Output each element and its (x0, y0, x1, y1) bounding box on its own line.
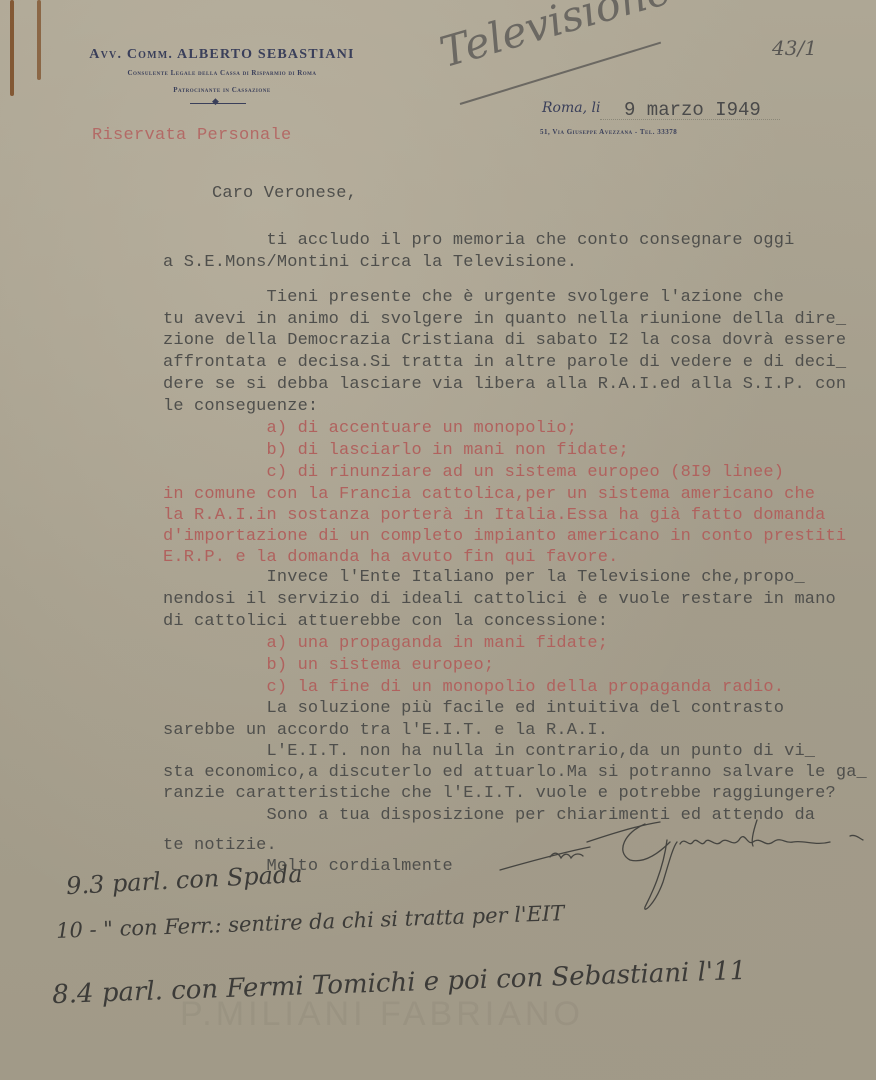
body-line: ranzie caratteristiche che l'E.I.T. vuol… (163, 784, 836, 804)
body-line-red: in comune con la Francia cattolica,per u… (163, 485, 815, 505)
body-line-red: E.R.P. e la domanda ha avuto fin qui fav… (163, 548, 618, 568)
body-line: tu avevi in animo di svolgere in quanto … (163, 310, 846, 330)
body-line: zione della Democrazia Cristiana di saba… (163, 331, 846, 351)
body-line-red: a) di accentuare un monopolio; (163, 419, 577, 439)
letter-date: 9 marzo I949 (624, 99, 761, 121)
handwritten-subject: Televisione (434, 0, 676, 77)
staple-mark-right (37, 0, 41, 80)
body-line-red: b) di lasciarlo in mani non fidate; (163, 441, 629, 461)
date-dotted-line (600, 119, 780, 120)
body-line: di cattolici attuerebbe con la concessio… (163, 612, 608, 632)
body-line-red: c) la fine di un monopolio della propaga… (163, 678, 784, 698)
letterhead-subtitle-2: Patrocinante in Cassazione (62, 86, 382, 94)
body-line: le conseguenze: (163, 397, 318, 417)
staple-mark-left (10, 0, 14, 96)
handwritten-note-1: 9.3 parl. con Spada (65, 860, 303, 900)
handwritten-note-2: 10 - " con Ferr.: sentire da chi si trat… (56, 901, 565, 943)
body-line: a S.E.Mons/Montini circa la Televisione. (163, 253, 577, 273)
letterhead-address: 51, Via Giuseppe Avezzana - Tel. 33378 (540, 128, 677, 136)
body-line: La soluzione più facile ed intuitiva del… (163, 699, 784, 719)
body-line-red: b) un sistema europeo; (163, 656, 494, 676)
body-line: sta economico,a discuterlo ed attuarlo.M… (163, 763, 867, 783)
body-line: affrontata e decisa.Si tratta in altre p… (163, 353, 846, 373)
letterhead-subtitle-1: Consulente Legale della Cassa di Risparm… (62, 69, 382, 77)
body-line-red: la R.A.I.in sostanza porterà in Italia.E… (163, 506, 826, 526)
letterhead-name: Avv. Comm. ALBERTO SEBASTIANI (62, 47, 382, 63)
place-label: Roma, li (542, 100, 600, 116)
letterhead-ornament (190, 103, 246, 104)
body-line: dere se si debba lasciare via libera all… (163, 375, 846, 395)
body-line: ti accludo il pro memoria che conto cons… (163, 231, 794, 251)
archive-number: 43/1 (772, 36, 817, 60)
body-line: te notizie. (163, 836, 277, 856)
body-line: nendosi il servizio di ideali cattolici … (163, 590, 836, 610)
confidential-stamp: Riservata Personale (92, 126, 292, 145)
body-line: L'E.I.T. non ha nulla in contrario,da un… (163, 742, 815, 762)
body-line: Invece l'Ente Italiano per la Television… (163, 568, 805, 588)
body-line: sarebbe un accordo tra l'E.I.T. e la R.A… (163, 721, 608, 741)
body-line-red: c) di rinunziare ad un sistema europeo (… (163, 463, 784, 483)
body-line-red: a) una propaganda in mani fidate; (163, 634, 608, 654)
body-line: Tieni presente che è urgente svolgere l'… (163, 288, 784, 308)
body-line-red: d'importazione di un completo impianto a… (163, 527, 846, 547)
paper-watermark: P.MILIANI FABRIANO (180, 995, 584, 1034)
salutation: Caro Veronese, (212, 184, 357, 204)
